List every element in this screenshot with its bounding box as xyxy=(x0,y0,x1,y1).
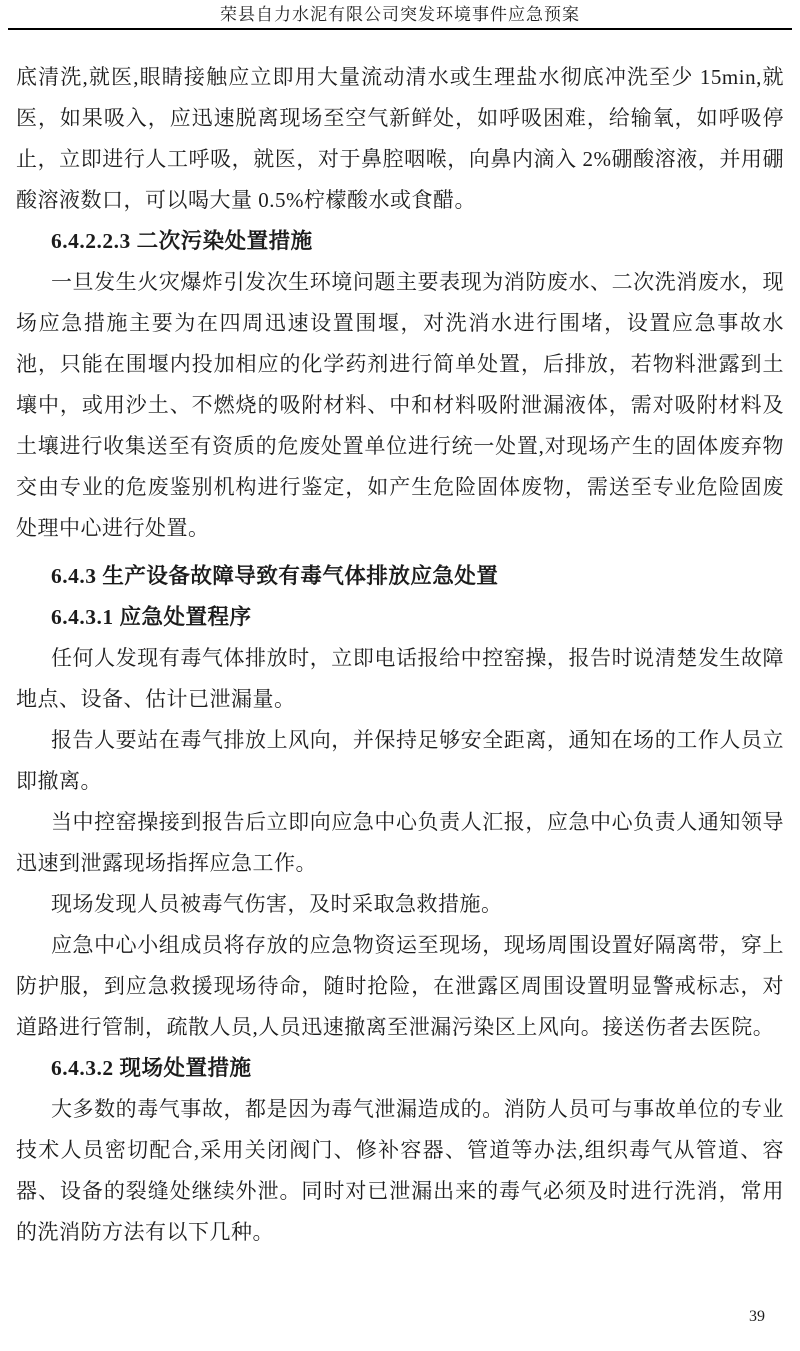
paragraph: 底清洗,就医,眼睛接触应立即用大量流动清水或生理盐水彻底冲洗至少 15min,就… xyxy=(16,57,784,221)
paragraph: 报告人要站在毒气排放上风向，并保持足够安全距离，通知在场的工作人员立即撤离。 xyxy=(16,720,784,802)
section-heading-6-4-3-1: 6.4.3.1 应急处置程序 xyxy=(16,597,784,638)
paragraph: 一旦发生火灾爆炸引发次生环境问题主要表现为消防废水、二次洗消废水，现场应急措施主… xyxy=(16,262,784,549)
paragraph: 大多数的毒气事故，都是因为毒气泄漏造成的。消防人员可与事故单位的专业技术人员密切… xyxy=(16,1089,784,1253)
document-page: 荣县自力水泥有限公司突发环境事件应急预案 底清洗,就医,眼睛接触应立即用大量流动… xyxy=(0,0,800,1351)
page-header: 荣县自力水泥有限公司突发环境事件应急预案 xyxy=(0,0,800,30)
section-heading-6-4-3-2: 6.4.3.2 现场处置措施 xyxy=(16,1048,784,1089)
section-heading-6-4-2-2-3: 6.4.2.2.3 二次污染处置措施 xyxy=(16,221,784,262)
page-number: 39 xyxy=(749,1308,765,1326)
header-title: 荣县自力水泥有限公司突发环境事件应急预案 xyxy=(0,5,800,25)
paragraph: 当中控窑操接到报告后立即向应急中心负责人汇报，应急中心负责人通知领导迅速到泄露现… xyxy=(16,802,784,884)
paragraph: 应急中心小组成员将存放的应急物资运至现场，现场周围设置好隔离带，穿上防护服，到应… xyxy=(16,925,784,1048)
document-body: 底清洗,就医,眼睛接触应立即用大量流动清水或生理盐水彻底冲洗至少 15min,就… xyxy=(0,30,800,1253)
paragraph: 现场发现人员被毒气伤害，及时采取急救措施。 xyxy=(16,884,784,925)
paragraph: 任何人发现有毒气体排放时，立即电话报给中控窑操，报告时说清楚发生故障地点、设备、… xyxy=(16,638,784,720)
section-heading-6-4-3: 6.4.3 生产设备故障导致有毒气体排放应急处置 xyxy=(16,549,784,597)
